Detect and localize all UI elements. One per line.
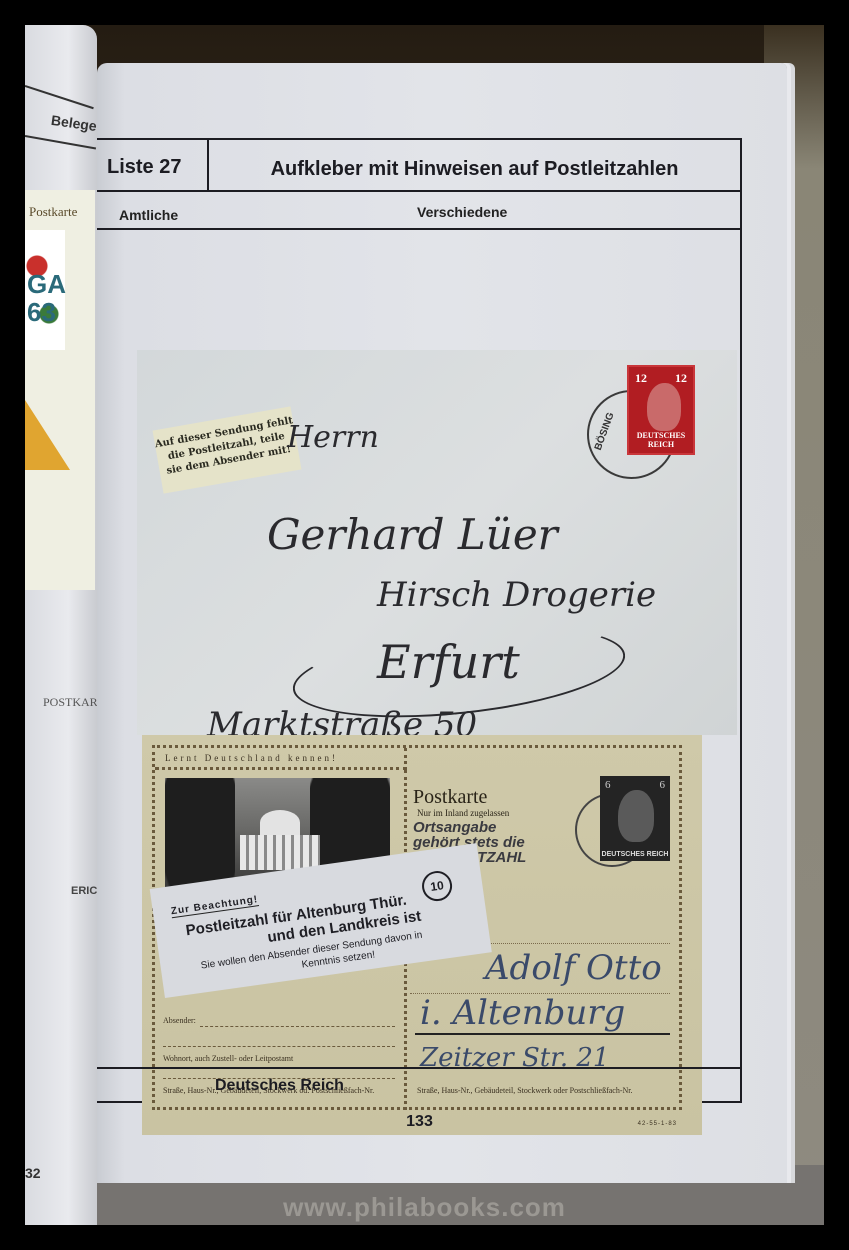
- postcard-subtitle: Nur im Inland zugelassen: [417, 808, 509, 818]
- residence-label: Wohnort, auch Zustell- oder Leitpostamt: [163, 1054, 293, 1063]
- orange-triangle-graphic: [25, 400, 70, 470]
- postcard-header-box: Lernt Deutschland kennen!: [155, 748, 407, 770]
- list-label: Liste 27: [107, 156, 181, 179]
- red-stamp: 12 12 DEUTSCHES REICH: [627, 365, 695, 455]
- page-title: Aufkleber mit Hinweisen auf Postleitzahl…: [209, 158, 740, 181]
- page-number: 133: [97, 1113, 742, 1131]
- portrait-icon: [618, 790, 654, 842]
- left-page-rule: [25, 135, 96, 149]
- footer-row: Deutsches Reich: [97, 1067, 740, 1101]
- postcard-border: Lernt Deutschland kennen! Postkarte Nur …: [152, 745, 682, 1110]
- left-page-rule: [25, 85, 94, 109]
- sender-label: Absender:: [163, 1016, 196, 1025]
- left-page-postcard: Postkarte GA 63: [25, 190, 95, 590]
- right-page: Liste 27 Aufkleber mit Hinweisen auf Pos…: [97, 63, 787, 1183]
- address-line: Gerhard Lüer: [267, 510, 558, 559]
- postcard-label: Postkarte: [29, 204, 77, 220]
- column-right-label: Verschiedene: [417, 204, 507, 220]
- address-line: Erfurt: [377, 635, 520, 689]
- address-line: Herrn: [287, 420, 379, 455]
- catalogue-frame: Liste 27 Aufkleber mit Hinweisen auf Pos…: [97, 138, 742, 1103]
- postcard-title: Postkarte: [413, 786, 487, 809]
- left-page-header: Belege: [50, 112, 98, 134]
- address-line: Hirsch Drogerie: [377, 575, 656, 615]
- handwritten-address: Adolf Otto: [485, 948, 662, 988]
- subheader-row: Amtliche Verschiedene: [97, 192, 740, 230]
- header-row: Liste 27 Aufkleber mit Hinweisen auf Pos…: [97, 140, 740, 192]
- left-page-number: 32: [25, 1165, 41, 1181]
- portrait-icon: [647, 383, 681, 431]
- postcode-missing-sticker: Auf dieser Sendung fehlt die Postleitzah…: [153, 406, 302, 493]
- footer-label: Deutsches Reich: [215, 1077, 344, 1095]
- postcard-header: Lernt Deutschland kennen!: [165, 753, 338, 763]
- ega-logo: GA 63: [25, 230, 65, 350]
- cover-envelope: Auf dieser Sendung fehlt die Postleitzah…: [137, 350, 737, 735]
- black-stamp: 6 6 DEUTSCHES REICH: [600, 776, 670, 861]
- column-left-label: Amtliche: [119, 207, 178, 223]
- handwritten-address: i. Altenburg: [420, 993, 625, 1033]
- watermark: www.philabooks.com: [0, 1192, 849, 1223]
- postcode-circle: 10: [420, 869, 454, 903]
- left-page: Belege Postkarte GA 63 POSTKARTE ERICH 3…: [25, 25, 97, 1225]
- book-photo: Belege Postkarte GA 63 POSTKARTE ERICH 3…: [25, 25, 824, 1225]
